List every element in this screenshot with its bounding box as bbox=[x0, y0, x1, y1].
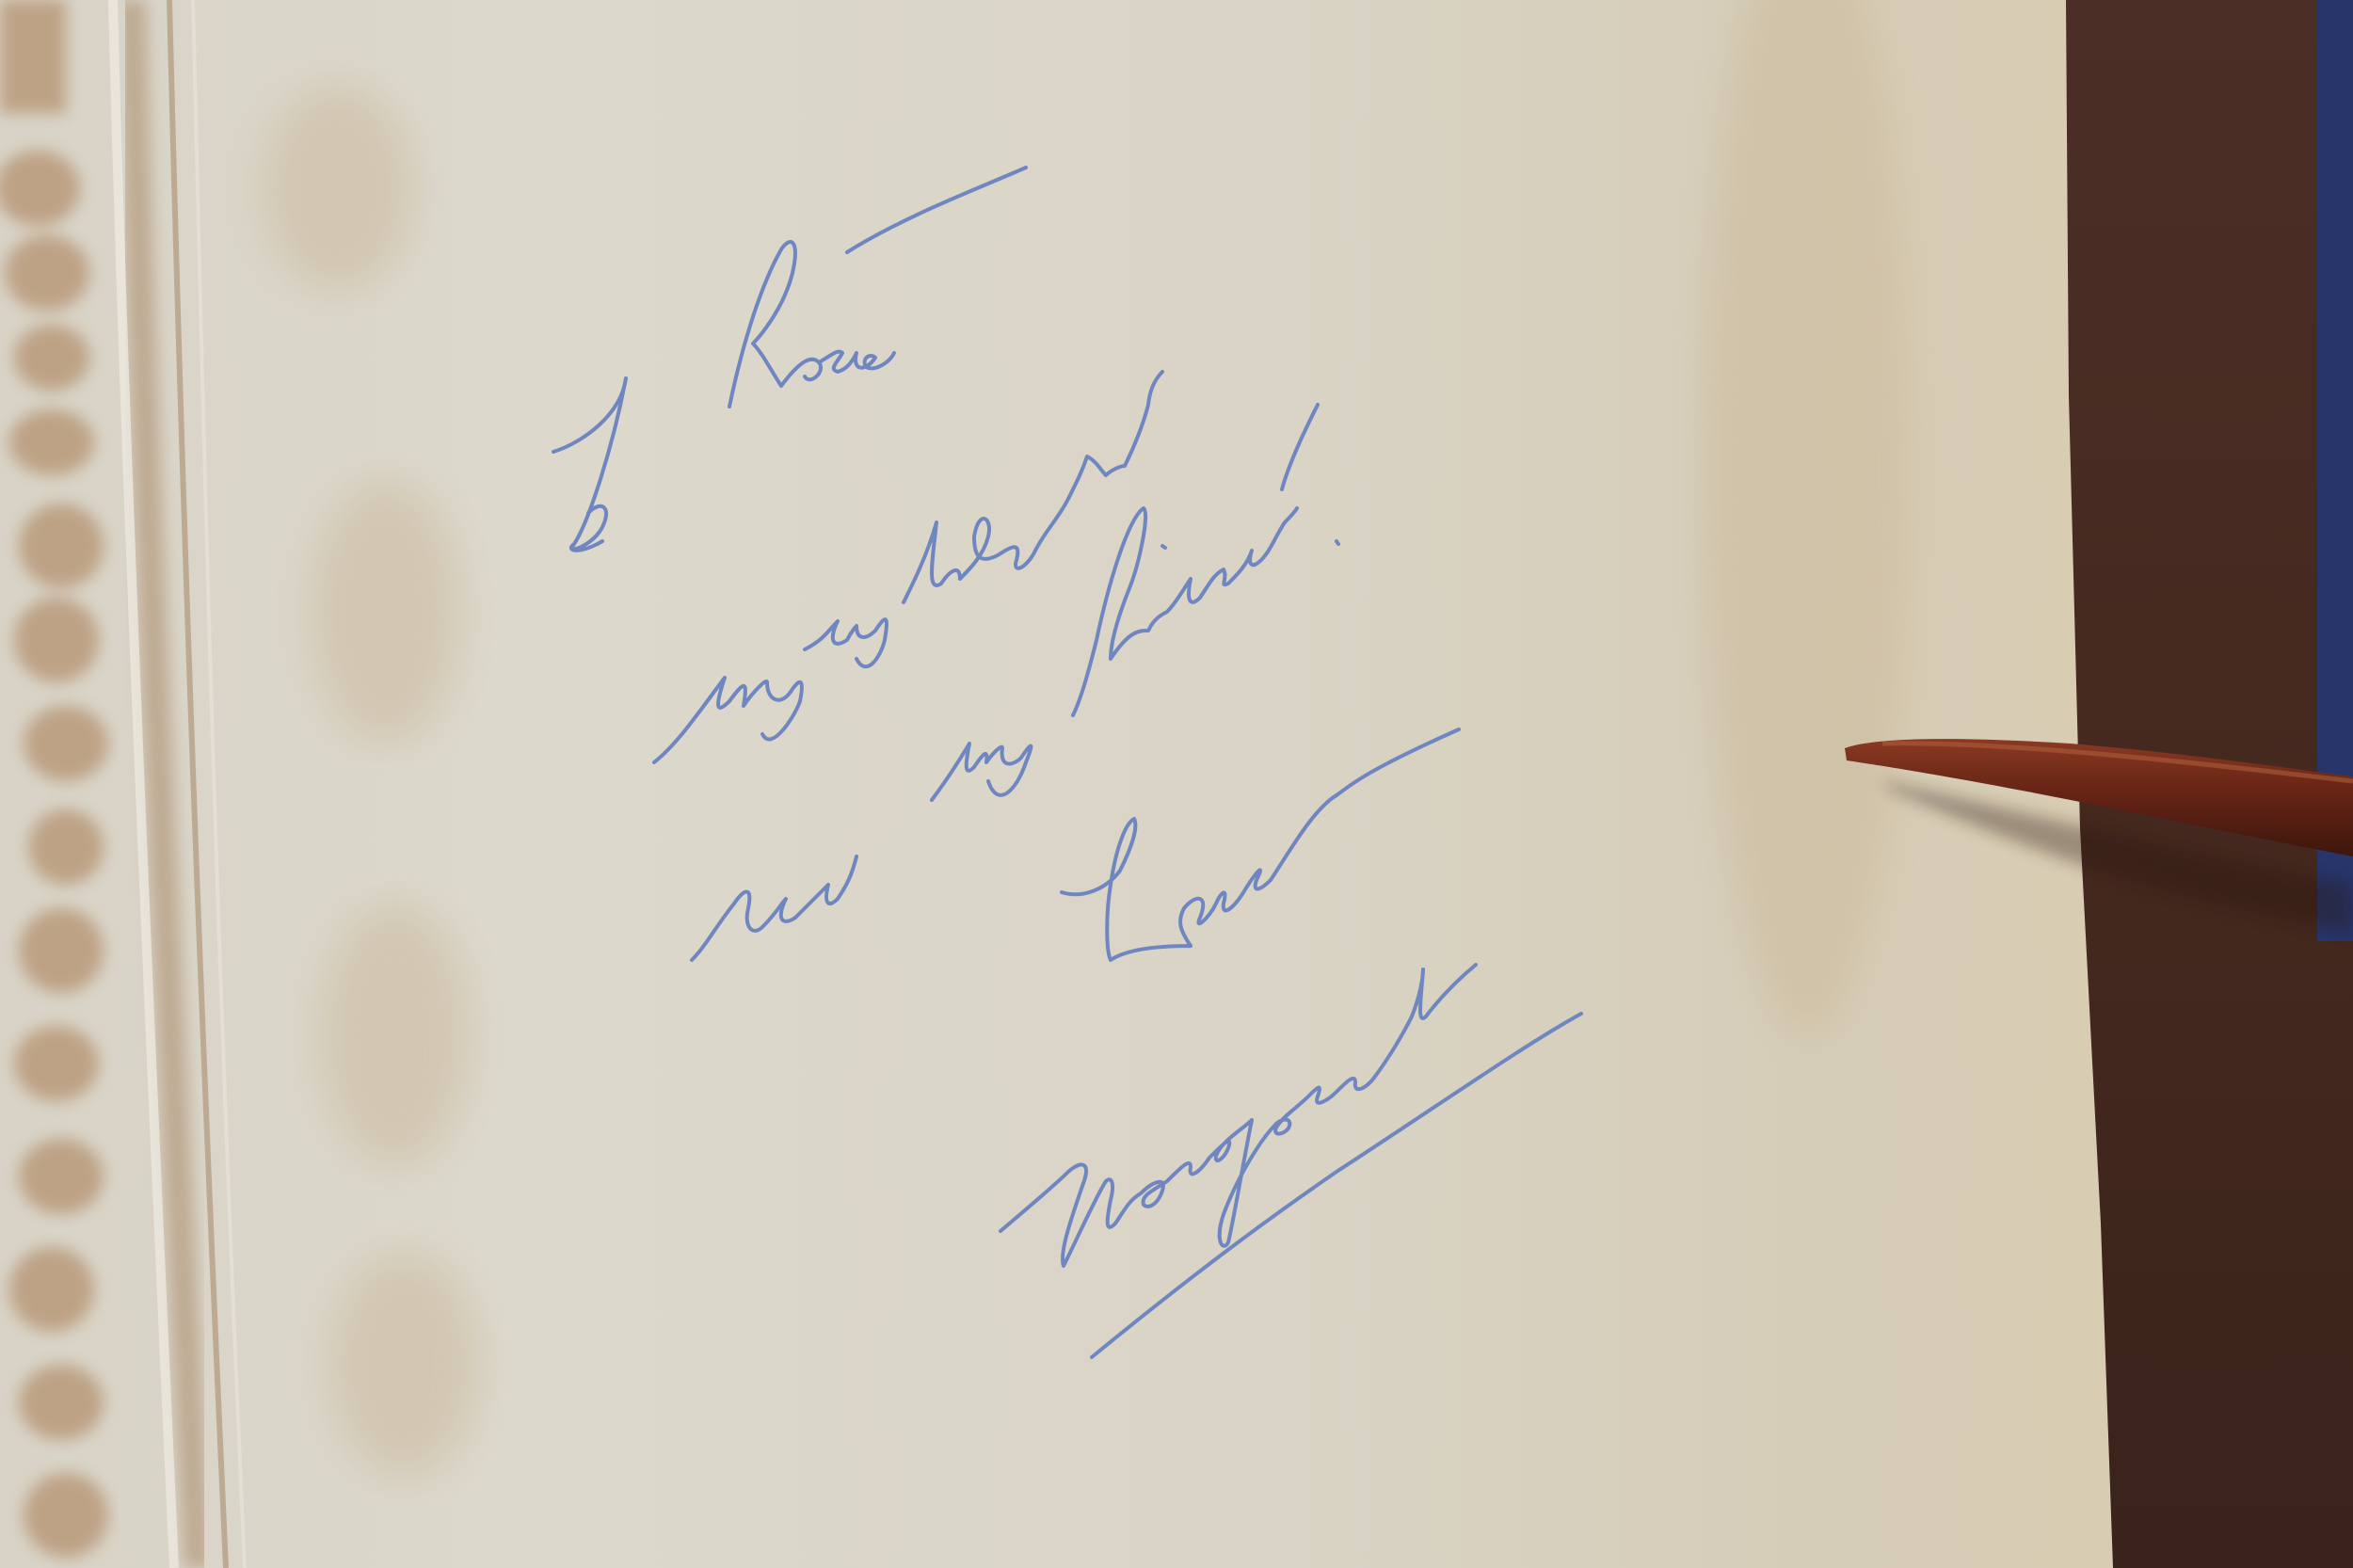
dot-i bbox=[1162, 546, 1165, 548]
photo-scene bbox=[0, 0, 2353, 1568]
